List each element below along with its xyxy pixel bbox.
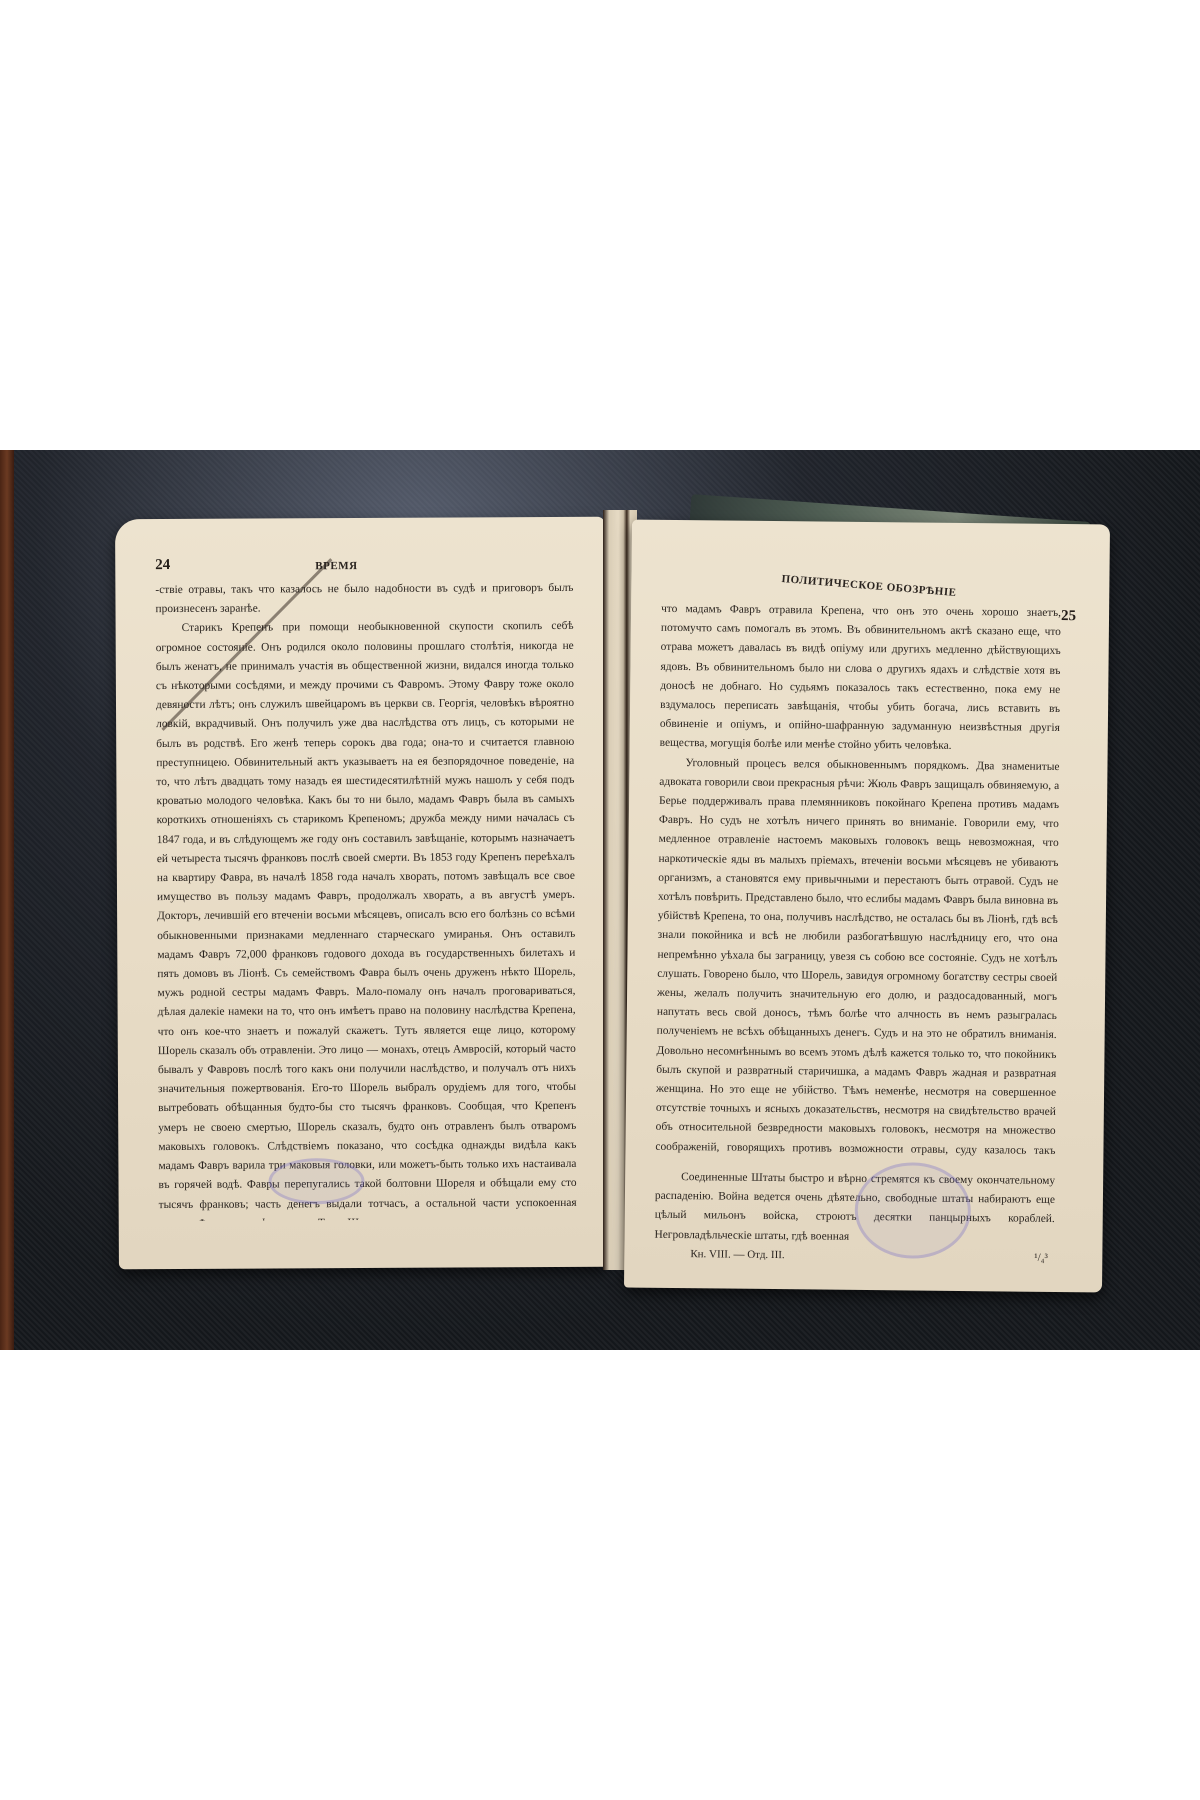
left-page-body: -ствіе отравы, такъ что казалось не было… xyxy=(155,579,576,1221)
left-page-number: 24 xyxy=(155,557,170,574)
paragraph: -ствіе отравы, такъ что казалось не было… xyxy=(155,579,573,620)
photograph: 24 ВРЕМЯ -ствіе отравы, такъ что казалос… xyxy=(0,450,1200,1350)
wooden-edge xyxy=(0,450,14,1350)
sheet-mark: ¹/₄³ xyxy=(1034,1252,1048,1264)
paragraph: Старикъ Крепенъ при помощи необыкновенно… xyxy=(156,617,577,1221)
paragraph: Уголовный процесъ велся обыкновеннымъ по… xyxy=(655,753,1059,1164)
right-page: ПОЛИТИЧЕСКОЕ ОБОЗРѢНІЕ 25 что мадамъ Фав… xyxy=(624,520,1110,1293)
right-page-number: 25 xyxy=(1061,608,1076,625)
right-running-head: ПОЛИТИЧЕСКОЕ ОБОЗРѢНІЕ xyxy=(781,573,957,599)
library-stamp xyxy=(854,1162,971,1259)
paragraph: что мадамъ Фавръ отравила Крепена, что о… xyxy=(660,600,1062,758)
right-page-body: что мадамъ Фавръ отравила Крепена, что о… xyxy=(655,600,1061,1164)
left-running-head: ВРЕМЯ xyxy=(315,560,357,572)
signature-footer: Кн. VIII. — Отд. III. xyxy=(690,1248,784,1261)
left-page: 24 ВРЕМЯ -ствіе отравы, такъ что казалос… xyxy=(115,517,609,1270)
